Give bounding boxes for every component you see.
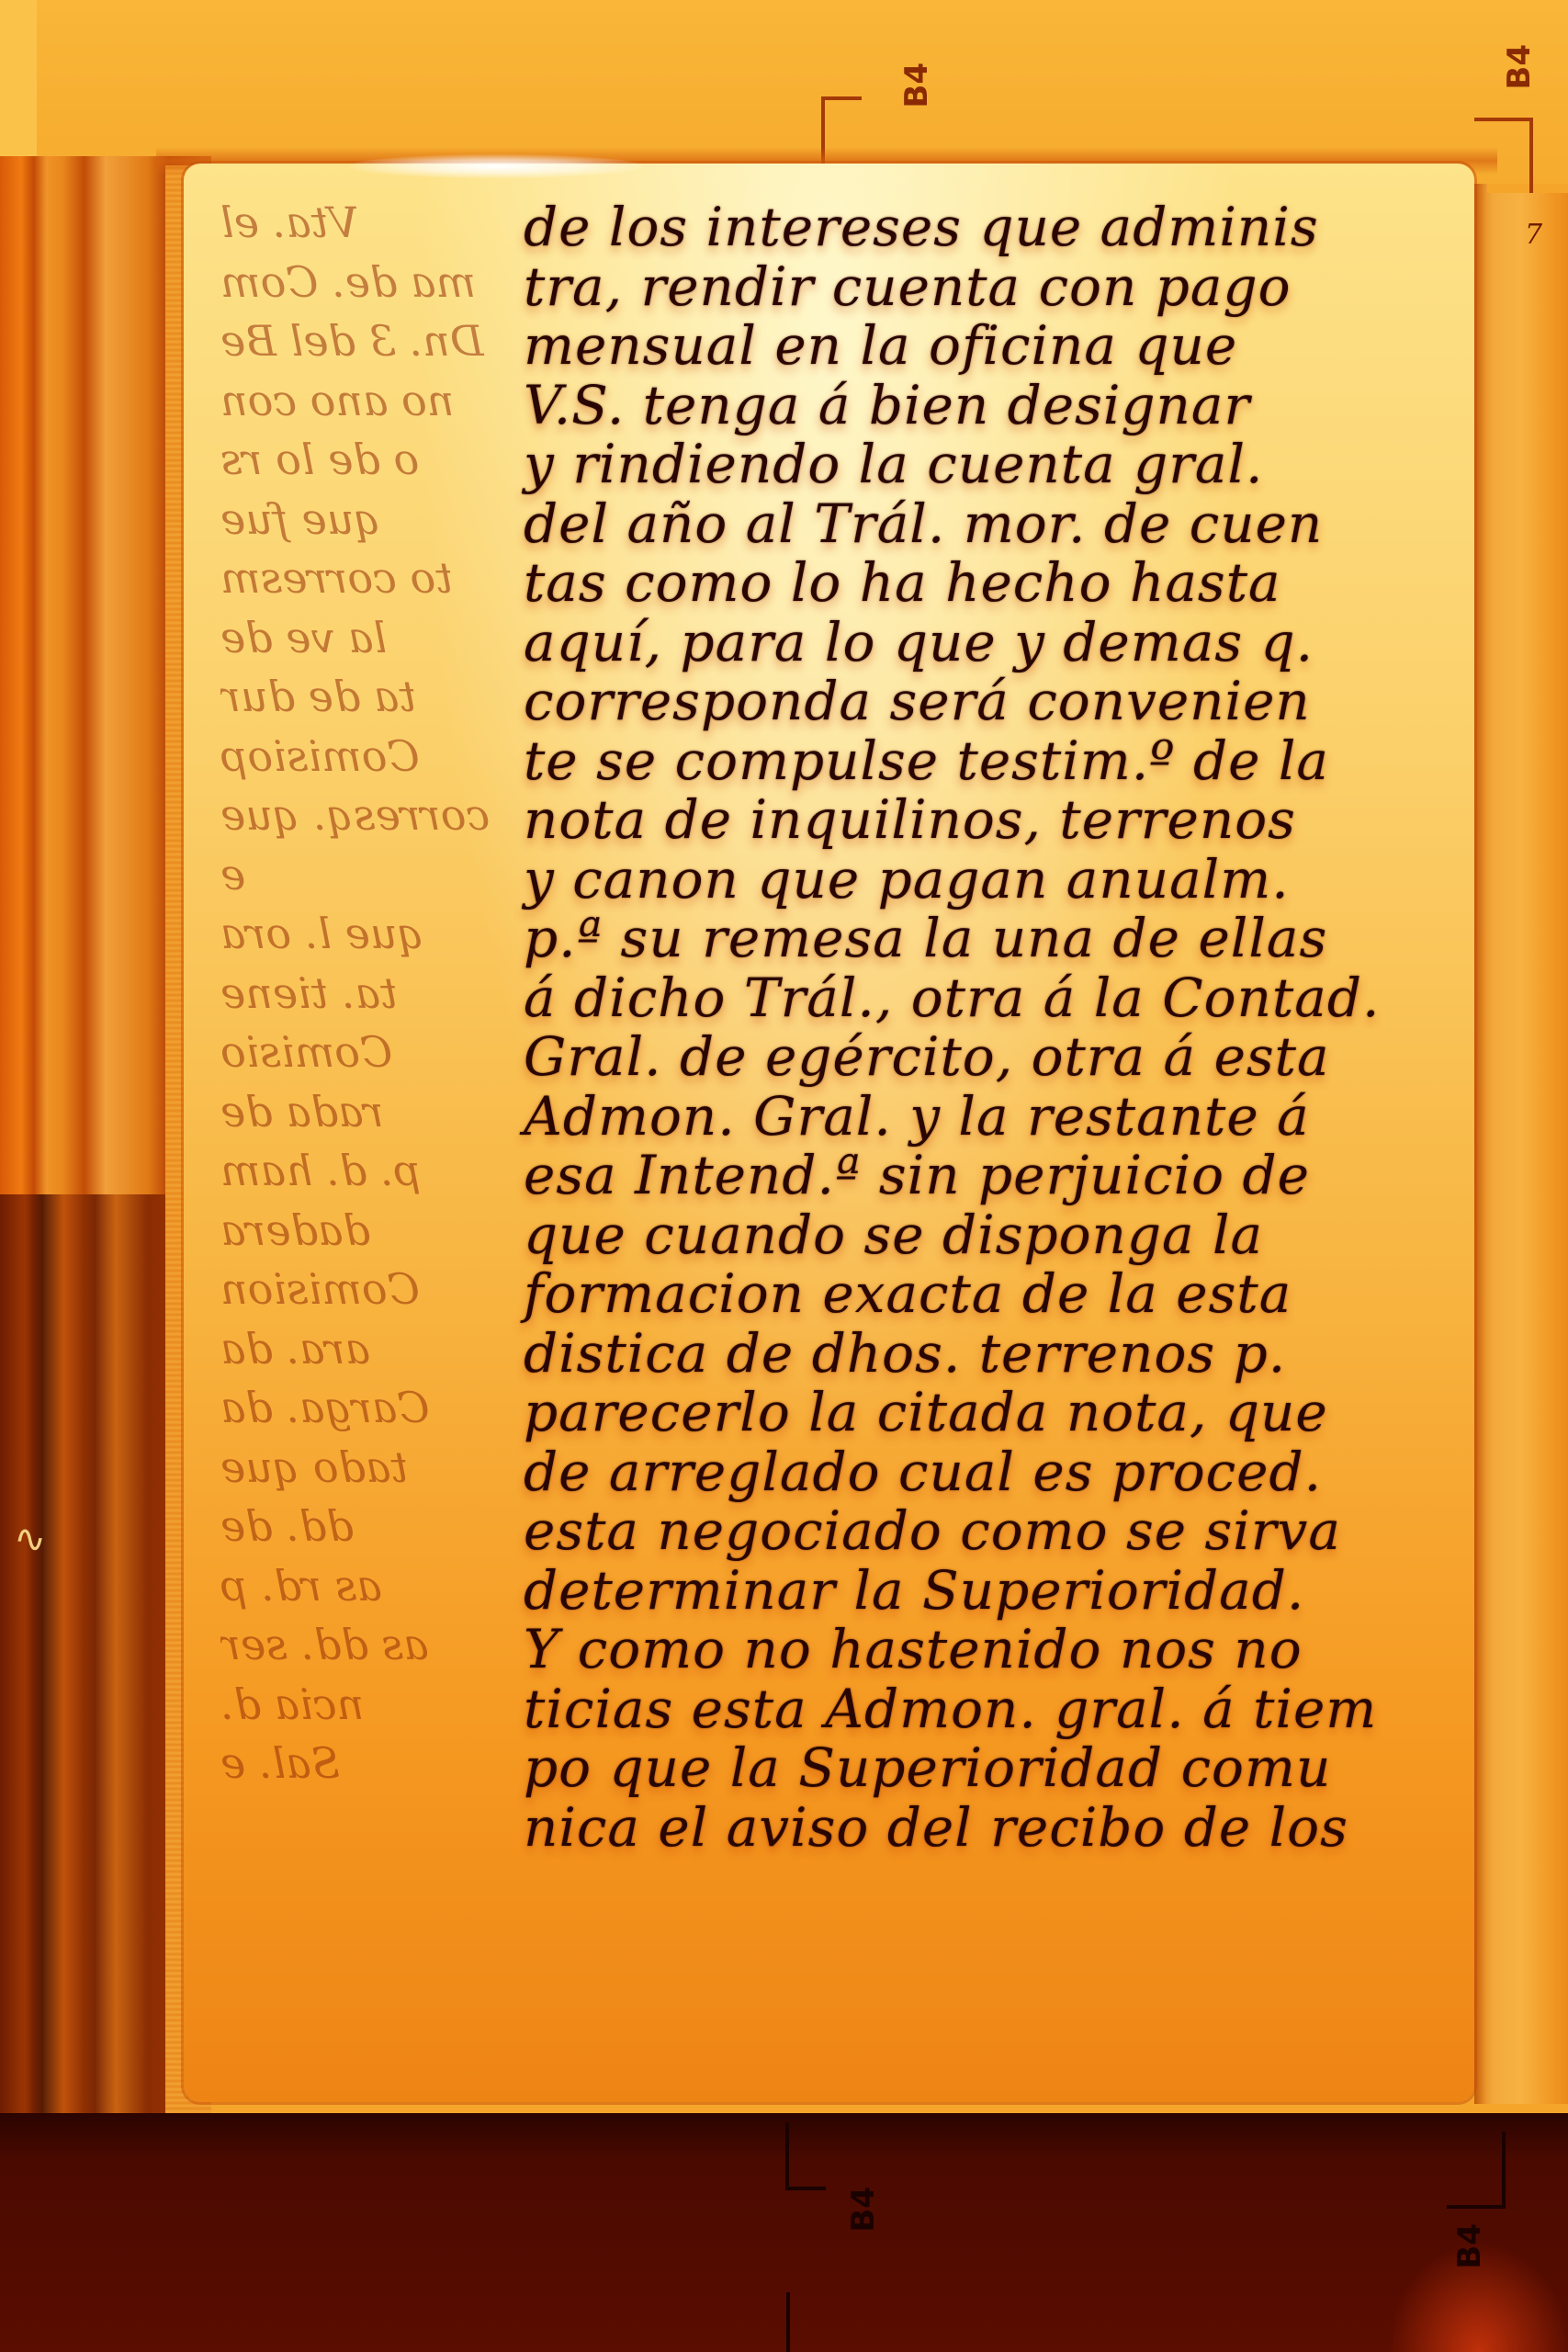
bleed-line: dd. de — [220, 1497, 551, 1556]
bleed-line: que l. ora — [220, 904, 551, 964]
bleed-line: ta. tiene — [220, 964, 551, 1023]
manuscript-line: distica de dhos. terrenos p. — [524, 1324, 1451, 1384]
loose-thread-mark: ∿ — [14, 1516, 46, 1561]
manuscript-line: formacion exacta de la esta — [524, 1264, 1451, 1324]
manuscript-line: ticias esta Admon. gral. á tiem — [524, 1679, 1451, 1739]
manuscript-line: Admon. Gral. y la restante á — [524, 1087, 1451, 1147]
registration-tick — [786, 2292, 790, 2352]
bleed-line: ncia d. — [220, 1675, 551, 1735]
bleed-line: Carga. da — [220, 1378, 551, 1438]
manuscript-line: V.S. tenga á bien designar — [524, 376, 1451, 435]
manuscript-line: nota de inquilinos, terrenos — [524, 790, 1451, 850]
manuscript-line: determinar la Superioridad. — [524, 1561, 1451, 1621]
manuscript-line: del año al Trál. mor. de cuen — [524, 494, 1451, 554]
bleed-line: Comisiop — [220, 727, 551, 786]
bleed-line: tado que — [220, 1438, 551, 1498]
manuscript-line: y rindiendo la cuenta gral. — [524, 435, 1451, 494]
light-glare — [349, 154, 643, 178]
bleed-line: ta de dur — [220, 667, 551, 727]
bleed-line: o de lo rs — [220, 430, 551, 490]
bleed-line: Vta. el — [220, 193, 551, 253]
manuscript-line: que cuando se disponga la — [524, 1205, 1451, 1265]
registration-mark-bottom-left: B4 — [845, 2187, 882, 2233]
registration-bracket-bottom-right — [1447, 2131, 1506, 2209]
manuscript-line: aquí, para lo que y demas q. — [524, 613, 1451, 673]
manuscript-line: mensual en la oficina que — [524, 316, 1451, 376]
bleed-line: Sal. e — [220, 1734, 551, 1793]
registration-mark-top-right: B4 — [1501, 44, 1538, 90]
bleed-line: p. d. ham — [220, 1141, 551, 1201]
manuscript-line: Gral. de egército, otra á esta — [524, 1027, 1451, 1087]
bleed-line: as rd. p — [220, 1556, 551, 1616]
manuscript-line: te se compulse testim.º de la — [524, 731, 1451, 791]
registration-mark-top-left: B4 — [898, 62, 935, 108]
facing-page-sliver — [1474, 193, 1568, 2104]
manuscript-line: esta negociado como se sirva — [524, 1501, 1451, 1561]
bleed-line: as dd. ser — [220, 1615, 551, 1675]
manuscript-line: po que la Superioridad comu — [524, 1738, 1451, 1798]
bleed-line: no ano con — [220, 371, 551, 431]
page-fold — [1474, 184, 1487, 2104]
manuscript-line: tra, rendir cuenta con pago — [524, 257, 1451, 317]
background-bottom-shadow — [0, 2113, 1568, 2352]
manuscript-line: esa Intend.ª sin perjuicio de — [524, 1146, 1451, 1205]
bleed-through-text: Vta. el ma de. Com Dn. 3 del Be no ano c… — [220, 193, 551, 1793]
manuscript-line: p.ª su remesa la una de ellas — [524, 909, 1451, 968]
manuscript-line: tas como lo ha hecho hasta — [524, 553, 1451, 613]
handwritten-text: de los intereses que adminis tra, rendir… — [524, 198, 1451, 1857]
bleed-line: dadera — [220, 1201, 551, 1261]
bleed-line: rada de — [220, 1082, 551, 1142]
registration-mark-bottom-right: B4 — [1451, 2223, 1488, 2269]
manuscript-line: de los intereses que adminis — [524, 198, 1451, 257]
bleed-line: corresq. que — [220, 786, 551, 845]
bleed-line: la ve de — [220, 608, 551, 668]
bleed-line: ara. da — [220, 1319, 551, 1379]
bleed-line: Comisio — [220, 1023, 551, 1082]
manuscript-line: y canon que pagan anualm. — [524, 850, 1451, 910]
manuscript-line: de arreglado cual es proced. — [524, 1442, 1451, 1502]
manuscript-line: nica el aviso del recibo de los — [524, 1798, 1451, 1858]
bleed-line: to corresm — [220, 548, 551, 608]
registration-bracket-bottom-left — [785, 2122, 826, 2190]
manuscript-line: parecerlo la citada nota, que — [524, 1383, 1451, 1442]
bleed-line: Comision — [220, 1260, 551, 1319]
manuscript-line: corresponda será convenien — [524, 672, 1451, 731]
facing-page-mark: 7 — [1525, 219, 1542, 251]
bleed-line: que fue — [220, 490, 551, 549]
bleed-line: e — [220, 845, 551, 905]
manuscript-line: á dicho Trál., otra á la Contad. — [524, 968, 1451, 1028]
bleed-line: Dn. 3 del Be — [220, 311, 551, 371]
manuscript-line: Y como no hastenido nos no — [524, 1620, 1451, 1679]
bleed-line: ma de. Com — [220, 253, 551, 312]
